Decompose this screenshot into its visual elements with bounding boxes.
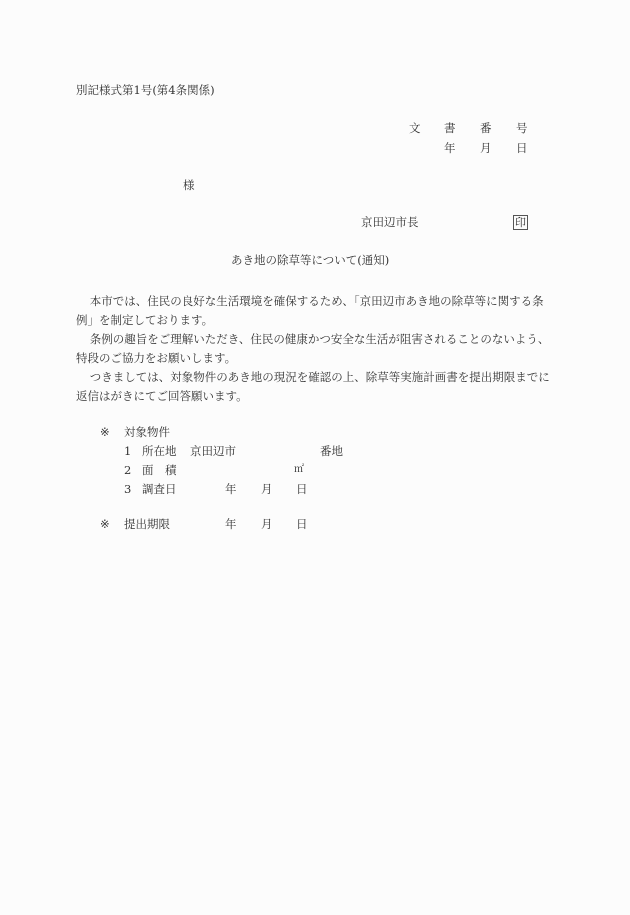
body-paragraph-3: つきましては、対象物件のあき地の現況を確認の上、除草等実施計画書を提出期限までに…	[76, 368, 550, 406]
doc-number-char-1: 文	[409, 123, 421, 135]
item-number: 2	[124, 465, 131, 477]
issue-date-month: 月	[480, 143, 492, 155]
item-label: 所在地	[142, 446, 177, 458]
item-label: 調査日	[142, 484, 177, 496]
doc-number-char-3: 番	[480, 123, 492, 135]
issue-date-year: 年	[444, 143, 456, 155]
reference-mark: ※	[100, 519, 110, 531]
reference-mark: ※	[100, 427, 110, 439]
addressee-honorific: 様	[183, 180, 195, 192]
doc-number-char-4: 号	[516, 123, 528, 135]
form-identifier: 別記様式第1号(第4条関係)	[76, 85, 215, 97]
location-lot-suffix: 番地	[320, 446, 343, 458]
item-label: 面 積	[142, 465, 177, 477]
body-text: 本市では、住民の良好な生活環境を確保するため、「京田辺市あき地の除草等に関する条…	[76, 292, 550, 406]
location-city: 京田辺市	[190, 446, 236, 458]
issue-date-day: 日	[516, 143, 528, 155]
doc-number-char-2: 書	[444, 123, 456, 135]
item-number: 3	[124, 484, 131, 496]
target-property-heading: 対象物件	[124, 427, 170, 439]
seal-stamp: 印	[513, 215, 528, 230]
body-paragraph-2: 条例の趣旨をご理解いただき、住民の健康かつ安全な生活が阻害されることのないよう、…	[76, 330, 550, 368]
area-unit: ㎡	[294, 465, 304, 475]
survey-year: 年	[225, 484, 237, 496]
deadline-year: 年	[225, 519, 237, 531]
item-number: 1	[124, 446, 131, 458]
survey-day: 日	[296, 484, 308, 496]
body-paragraph-1: 本市では、住民の良好な生活環境を確保するため、「京田辺市あき地の除草等に関する条…	[76, 292, 550, 330]
deadline-label: 提出期限	[124, 519, 170, 531]
deadline-month: 月	[261, 519, 273, 531]
document-title: あき地の除草等について(通知)	[231, 255, 389, 267]
survey-month: 月	[261, 484, 273, 496]
sender-name: 京田辺市長	[361, 217, 419, 229]
deadline-day: 日	[296, 519, 308, 531]
